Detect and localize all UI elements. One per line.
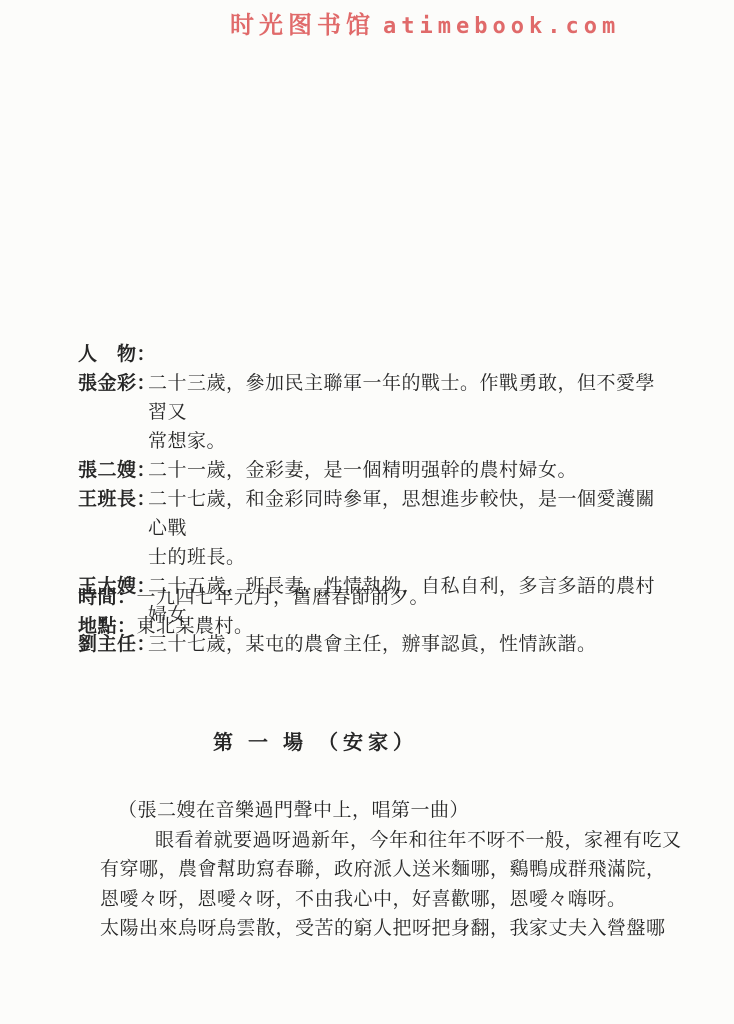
time-label: 時間： [78, 587, 137, 608]
lyric-line: 太陽出來烏呀烏雲散，受苦的窮人把呀把身翻，我家丈夫入營盤哪 [100, 914, 700, 944]
cast-entry-desc-line: 二十七歲，和金彩同時參軍，思想進步較快，是一個愛護關心戰 [148, 485, 664, 543]
scene-opening-section: （張二嫂在音樂過門聲中上，唱第一曲） 眼看着就要過呀過新年，今年和往年不呀不一般… [100, 796, 700, 944]
cast-entry: 張二嫂： 二十一歲，金彩妻，是一個精明强幹的農村婦女。 [78, 456, 664, 485]
lyric-line: 有穿哪，農會幫助寫春聯，政府派人送米麵哪，鷄鴨成群飛滿院， [100, 855, 700, 885]
time-value: 一九四七年元月，舊曆春節前夕。 [137, 587, 430, 608]
place-label: 地點： [78, 616, 137, 637]
cast-entry-desc-line: 二十一歲，金彩妻，是一個精明强幹的農村婦女。 [148, 456, 664, 485]
stage-direction: （張二嫂在音樂過門聲中上，唱第一曲） [118, 796, 700, 826]
cast-entry-desc-line: 常想家。 [148, 427, 664, 456]
watermark-site-name: 时光图书馆 [230, 12, 375, 39]
meta-section: 時間：一九四七年元月，舊曆春節前夕。 地點：東北某農村。 [78, 583, 664, 641]
scanned-book-page: 时光图书馆atimebook.com 人 物： 張金彩： 二十三歲，參加民主聯軍… [0, 0, 734, 1024]
cast-entry-name: 王班長： [78, 485, 156, 514]
place-row: 地點：東北某農村。 [78, 612, 664, 641]
watermark-site-url: atimebook.com [383, 14, 620, 39]
scene-title: 第 一 場 （安家） [213, 726, 418, 755]
cast-entry-name: 張二嫂： [78, 456, 156, 485]
cast-entry-desc-line: 二十三歲，參加民主聯軍一年的戰士。作戰勇敢，但不愛學習又 [148, 369, 664, 427]
cast-entry: 張金彩： 二十三歲，參加民主聯軍一年的戰士。作戰勇敢，但不愛學習又 常想家。 [78, 369, 664, 456]
time-row: 時間：一九四七年元月，舊曆春節前夕。 [78, 583, 664, 612]
cast-entry-desc-line: 士的班長。 [148, 543, 664, 572]
watermark: 时光图书馆atimebook.com [230, 5, 620, 40]
cast-entry-name: 張金彩： [78, 369, 156, 398]
lyric-line: 恩噯々呀，恩噯々呀，不由我心中，好喜歡哪，恩噯々嗨呀。 [100, 885, 700, 915]
lyric-line: 眼看着就要過呀過新年，今年和往年不呀不一般，家裡有吃又 [155, 826, 700, 856]
cast-entry: 王班長： 二十七歲，和金彩同時參軍，思想進步較快，是一個愛護關心戰 士的班長。 [78, 485, 664, 572]
cast-list-header: 人 物： [78, 340, 664, 369]
place-value: 東北某農村。 [137, 616, 254, 637]
